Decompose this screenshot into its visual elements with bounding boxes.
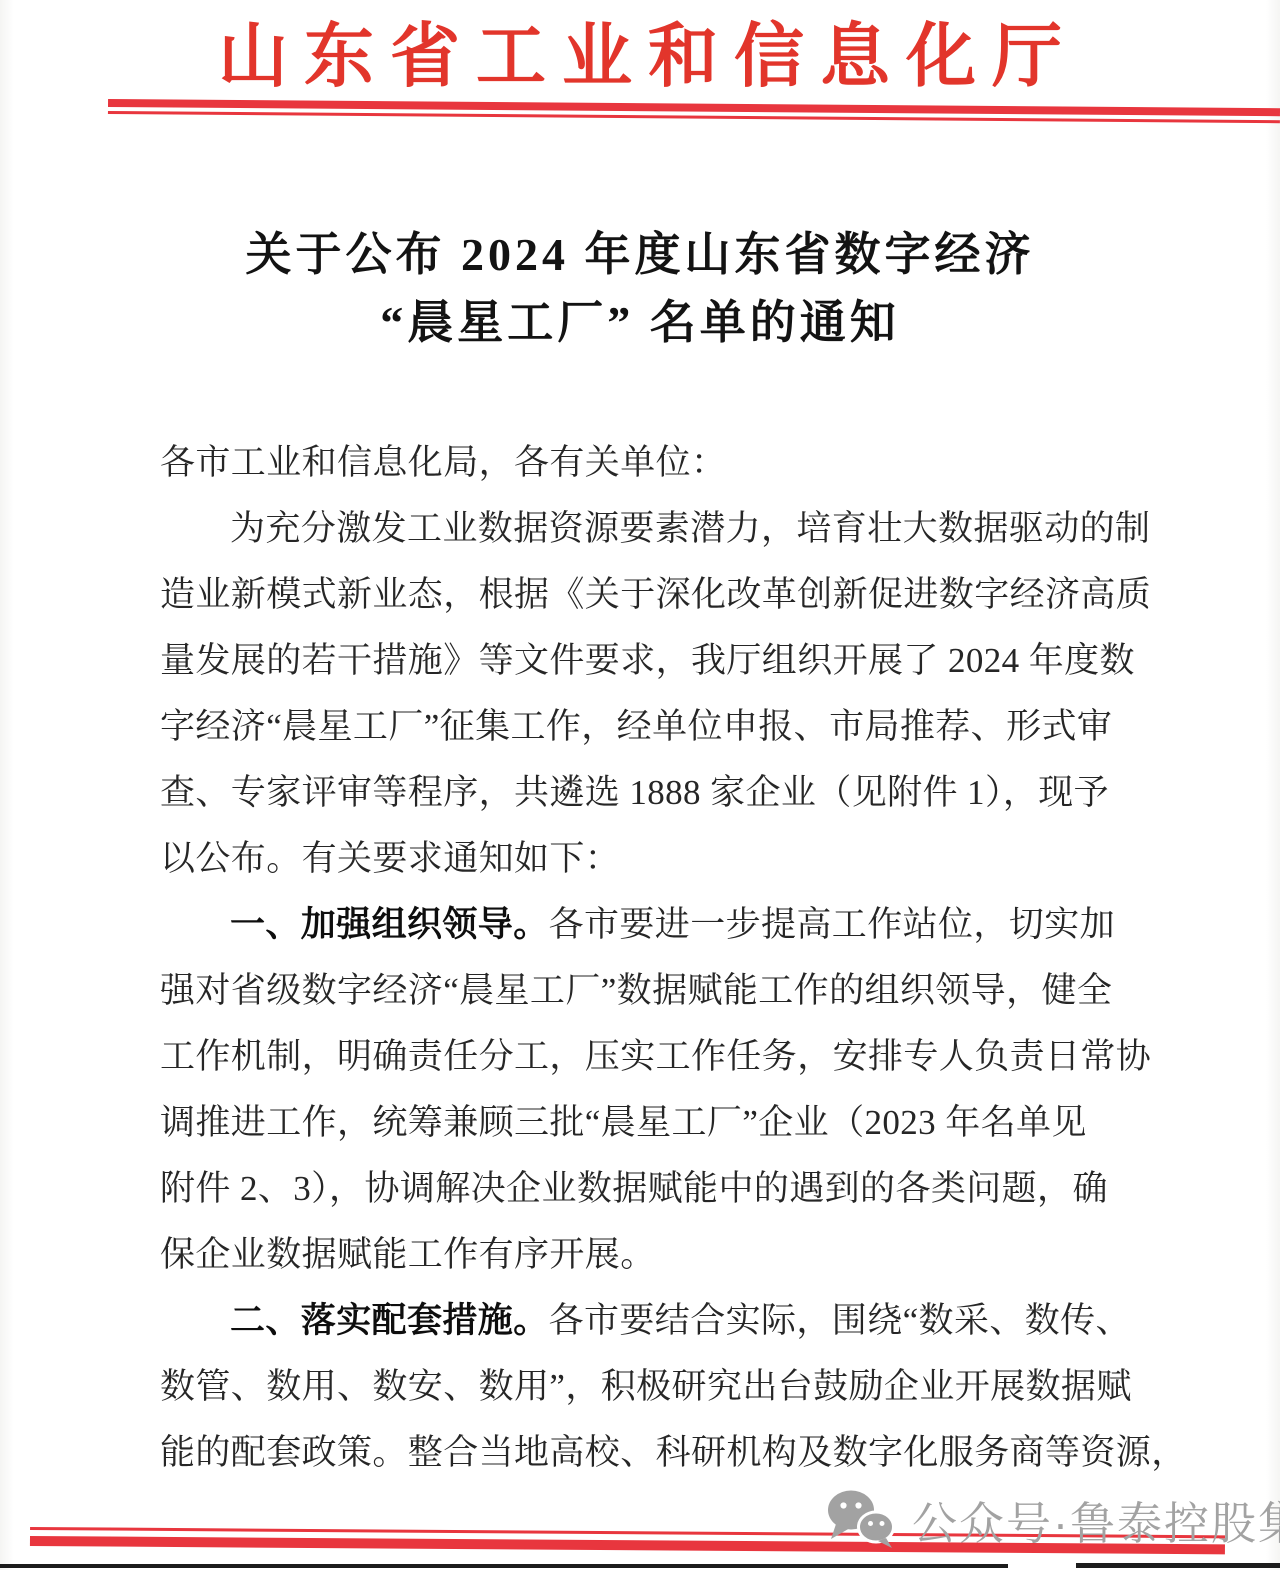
body-run: 为充分激发工业数据资源要素潜力，培育壮大数据驱动的制 [230, 509, 1150, 548]
section-heading: 二、落实配套措施。 [230, 1301, 549, 1340]
section-heading: 一、加强组织领导。 [230, 905, 549, 944]
body-line: 数管、数用、数安、数用”，积极研究出台鼓励企业开展数据赋 [160, 1354, 1155, 1420]
body-line: 能的配套政策。整合当地高校、科研机构及数字化服务商等资源， [160, 1420, 1155, 1486]
body-run: 工作机制，明确责任分工，压实工作任务，安排专人负责日常协 [160, 1037, 1151, 1076]
body-run: 各市工业和信息化局，各有关单位： [160, 443, 726, 482]
body-line: 量发展的若干措施》等文件要求，我厅组织开展了 2024 年度数 [160, 628, 1155, 694]
body-line: 以公布。有关要求通知如下： [160, 826, 1155, 892]
wechat-icon [826, 1489, 900, 1549]
letterhead: 山东省工业和信息化厅 [0, 0, 1280, 100]
body-line: 一、加强组织领导。各市要进一步提高工作站位，切实加 [160, 892, 1155, 958]
body-line: 强对省级数字经济“晨星工厂”数据赋能工作的组织领导，健全 [160, 958, 1155, 1024]
body-run: 以公布。有关要求通知如下： [160, 839, 620, 878]
body-line: 附件 2、3），协调解决企业数据赋能中的遇到的各类问题，确 [160, 1156, 1155, 1222]
body-run: 附件 2、3），协调解决企业数据赋能中的遇到的各类问题，确 [160, 1169, 1108, 1208]
document-page: 山东省工业和信息化厅 关于公布 2024 年度山东省数字经济 “晨星工厂” 名单… [0, 0, 1280, 1570]
letterhead-rule-top [108, 99, 1280, 123]
body-line: 造业新模式新业态，根据《关于深化改革创新促进数字经济高质 [160, 562, 1155, 628]
scan-edge-right [1076, 1563, 1280, 1568]
body-line: 字经济“晨星工厂”征集工作，经单位申报、市局推荐、形式审 [160, 694, 1155, 760]
body-run: 字经济“晨星工厂”征集工作，经单位申报、市局推荐、形式审 [160, 707, 1112, 746]
body-line: 各市工业和信息化局，各有关单位： [160, 430, 1155, 496]
body-run: 调推进工作，统筹兼顾三批“晨星工厂”企业（2023 年名单见 [160, 1103, 1087, 1142]
body-line: 查、专家评审等程序，共遴选 1888 家企业（见附件 1），现予 [160, 760, 1155, 826]
document-title: 关于公布 2024 年度山东省数字经济 “晨星工厂” 名单的通知 [0, 221, 1280, 357]
body-run: 造业新模式新业态，根据《关于深化改革创新促进数字经济高质 [160, 575, 1151, 614]
watermark-label: 公众号·鲁泰控股集团 [912, 1487, 1280, 1552]
title-line-1: 关于公布 2024 年度山东省数字经济 [0, 221, 1280, 289]
body-run: 保企业数据赋能工作有序开展。 [160, 1235, 656, 1274]
watermark: 公众号·鲁泰控股集团 [826, 1488, 1280, 1550]
body-run: 数管、数用、数安、数用”，积极研究出台鼓励企业开展数据赋 [160, 1367, 1132, 1406]
scan-edge-left [0, 1564, 1008, 1568]
body-line: 调推进工作，统筹兼顾三批“晨星工厂”企业（2023 年名单见 [160, 1090, 1155, 1156]
body-line: 保企业数据赋能工作有序开展。 [160, 1222, 1155, 1288]
body-run: 强对省级数字经济“晨星工厂”数据赋能工作的组织领导，健全 [160, 971, 1112, 1010]
body-run: 各市要进一步提高工作站位，切实加 [549, 905, 1115, 944]
org-name: 山东省工业和信息化厅 [202, 0, 1078, 101]
body-run: 各市要结合实际，围绕“数采、数传、 [549, 1301, 1131, 1340]
body-run: 查、专家评审等程序，共遴选 1888 家企业（见附件 1），现予 [160, 773, 1109, 812]
title-line-2: “晨星工厂” 名单的通知 [0, 289, 1280, 357]
body-line: 为充分激发工业数据资源要素潜力，培育壮大数据驱动的制 [160, 496, 1155, 562]
body-run: 能的配套政策。整合当地高校、科研机构及数字化服务商等资源， [160, 1433, 1187, 1472]
body-text: 各市工业和信息化局，各有关单位：为充分激发工业数据资源要素潜力，培育壮大数据驱动… [160, 430, 1155, 1486]
body-line: 二、落实配套措施。各市要结合实际，围绕“数采、数传、 [160, 1288, 1155, 1354]
body-run: 量发展的若干措施》等文件要求，我厅组织开展了 2024 年度数 [160, 641, 1135, 680]
body-line: 工作机制，明确责任分工，压实工作任务，安排专人负责日常协 [160, 1024, 1155, 1090]
